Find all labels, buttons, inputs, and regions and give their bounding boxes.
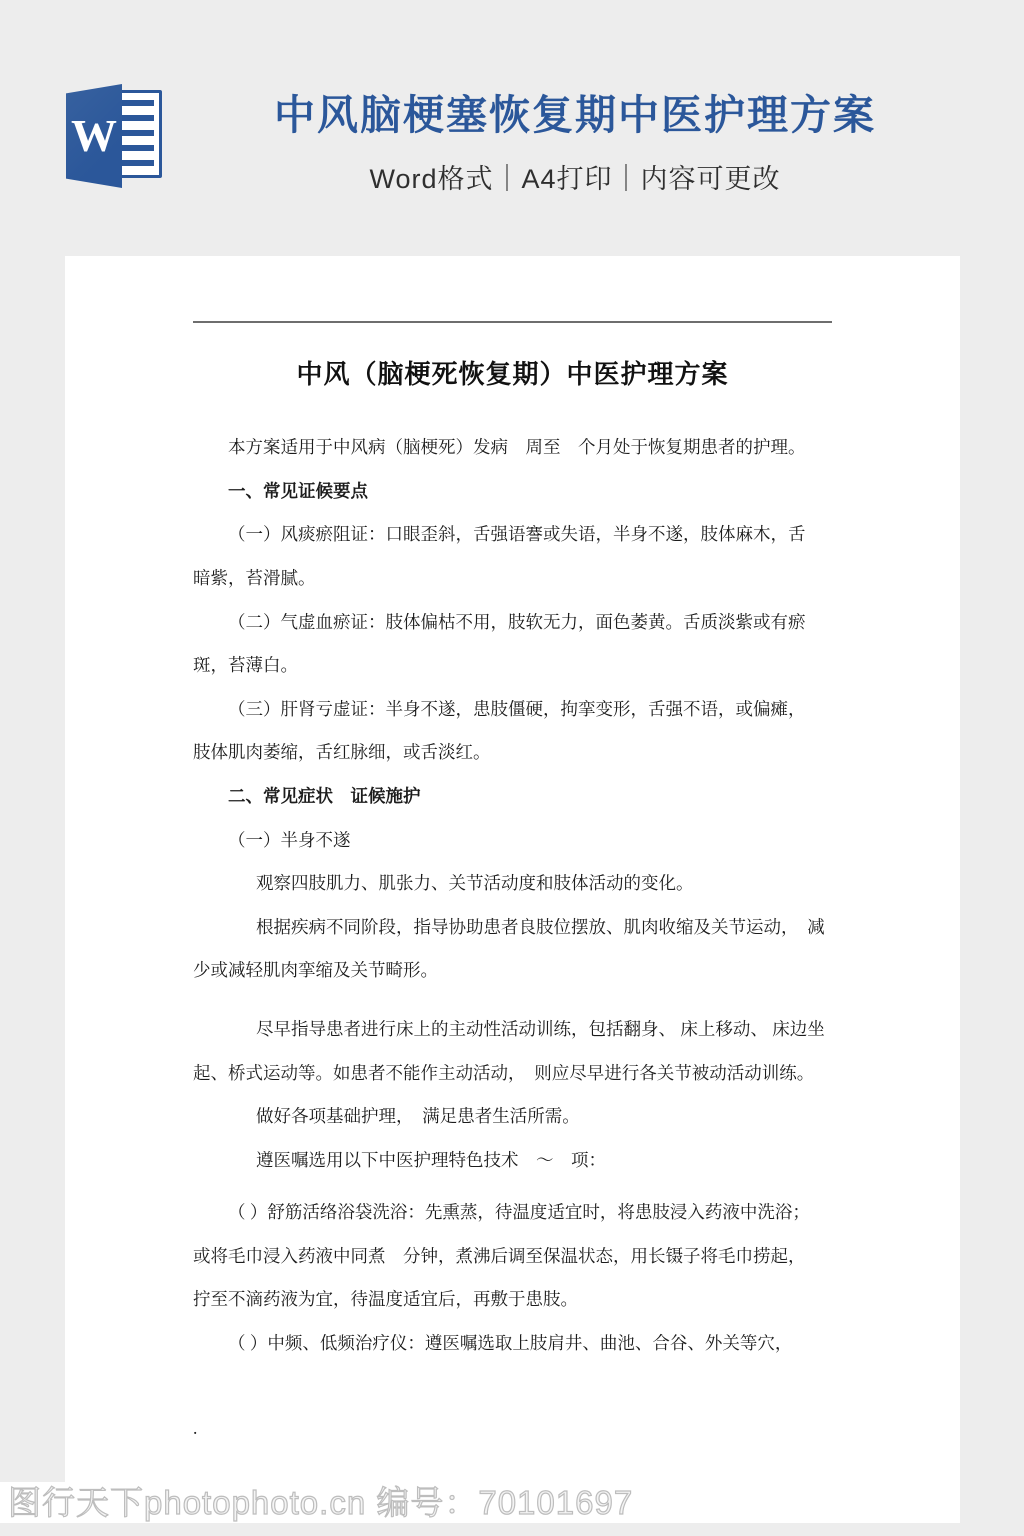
paragraph: （三）肝肾亏虚证：半身不遂，患肢僵硬，拘挛变形，舌强不语，或偏瘫， 肢体肌肉萎缩… xyxy=(193,688,832,775)
page-title: 中风脑梗塞恢复期中医护理方案 xyxy=(126,92,1024,139)
word-icon-letter: W xyxy=(71,113,117,159)
document-page: 中风（脑梗死恢复期）中医护理方案 本方案适用于中风病（脑梗死）发病 周至 个月处… xyxy=(65,256,960,1523)
divider-line xyxy=(193,321,832,323)
paragraph: （一）半身不遂 xyxy=(193,819,832,863)
paragraph: 根据疾病不同阶段，指导协助患者良肢位摆放、肌肉收缩及关节运动， 减 少或减轻肌肉… xyxy=(193,906,832,993)
paragraph: （ ）舒筋活络浴袋洗浴：先熏蒸，待温度适宜时，将患肢浸入药液中洗浴； 或将毛巾浸… xyxy=(193,1191,832,1322)
paragraph: （ ）中频、低频治疗仪：遵医嘱选取上肢肩井、曲池、合谷、外关等穴， xyxy=(193,1322,832,1366)
paragraph: . xyxy=(193,1407,832,1451)
paragraph: 二、常见症状 证候施护 xyxy=(193,775,832,819)
word-icon-cover: W xyxy=(66,84,122,188)
watermark-bar: 图行天下photophoto.cn 编号：70101697 xyxy=(0,1482,667,1523)
document-content: 中风（脑梗死恢复期）中医护理方案 本方案适用于中风病（脑梗死）发病 周至 个月处… xyxy=(193,256,832,1450)
paragraph: 观察四肢肌力、肌张力、关节活动度和肢体活动的变化。 xyxy=(193,862,832,906)
paragraph: 做好各项基础护理， 满足患者生活所需。 xyxy=(193,1095,832,1139)
paragraph: （二）气虚血瘀证：肢体偏枯不用，肢软无力，面色萎黄。舌质淡紫或有瘀 斑，苔薄白。 xyxy=(193,601,832,688)
document-body: 本方案适用于中风病（脑梗死）发病 周至 个月处于恢复期患者的护理。一、常见证候要… xyxy=(193,426,832,1450)
watermark-text: 图行天下photophoto.cn 编号：70101697 xyxy=(8,1486,633,1519)
paragraph: 遵医嘱选用以下中医护理特色技术 ～ 项： xyxy=(193,1139,832,1183)
paragraph: 尽早指导患者进行床上的主动性活动训练，包括翻身、 床上移动、 床边坐 起、桥式运… xyxy=(193,1008,832,1095)
page-subtitle: Word格式｜A4打印｜内容可更改 xyxy=(126,157,1024,196)
document-title: 中风（脑梗死恢复期）中医护理方案 xyxy=(193,359,832,390)
site-header: W 中风脑梗塞恢复期中医护理方案 Word格式｜A4打印｜内容可更改 xyxy=(0,0,1024,256)
paragraph: 一、常见证候要点 xyxy=(193,470,832,514)
header-text-block: 中风脑梗塞恢复期中医护理方案 Word格式｜A4打印｜内容可更改 xyxy=(126,0,1024,196)
paragraph: （一）风痰瘀阻证：口眼歪斜，舌强语謇或失语，半身不遂，肢体麻木，舌 暗紫，苔滑腻… xyxy=(193,513,832,600)
paragraph: 本方案适用于中风病（脑梗死）发病 周至 个月处于恢复期患者的护理。 xyxy=(193,426,832,470)
